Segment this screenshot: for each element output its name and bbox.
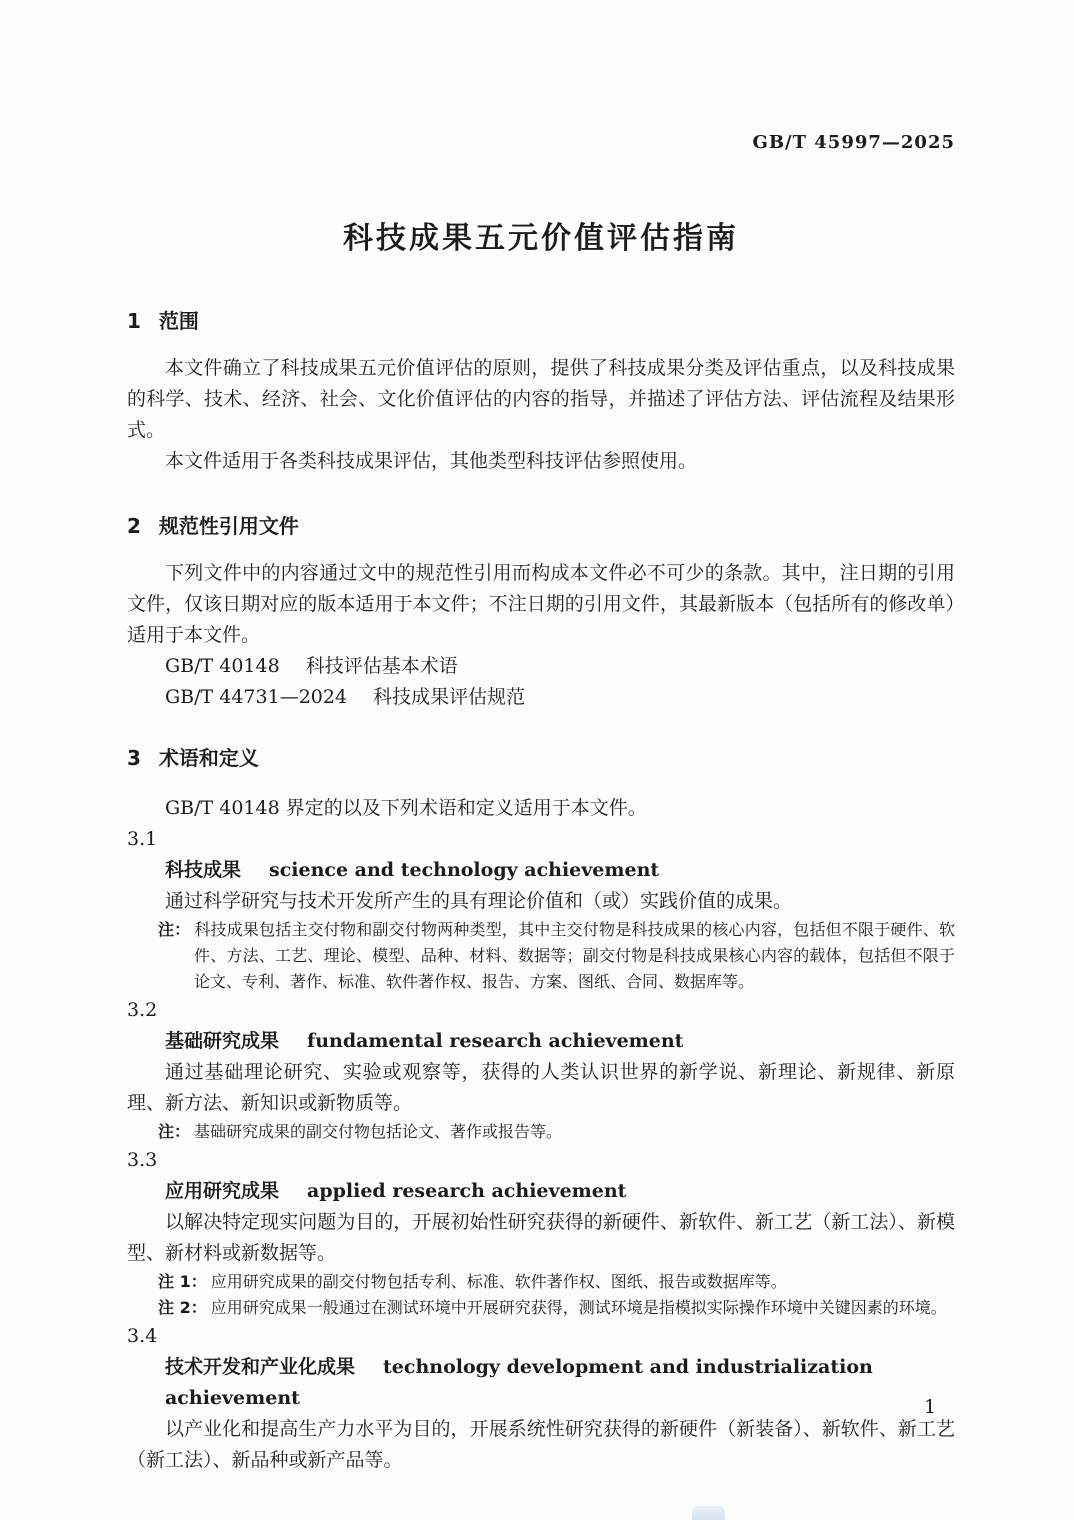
note-text: 科技成果包括主交付物和副交付物两种类型，其中主交付物是科技成果的核心内容，包括但… (194, 920, 955, 991)
term-3-3-name: 应用研究成果applied research achievement (127, 1176, 955, 1207)
term-zh: 基础研究成果 (165, 1030, 279, 1052)
reference-title: 科技评估基本术语 (306, 655, 458, 677)
note-text: 基础研究成果的副交付物包括论文、著作或报告等。 (194, 1122, 562, 1141)
term-zh: 技术开发和产业化成果 (165, 1356, 355, 1378)
term-3-3-note-1: 注 1：应用研究成果的副交付物包括专利、标准、软件著作权、图纸、报告或数据库等。 (127, 1269, 955, 1295)
term-3-1-id: 3.1 (127, 824, 955, 855)
document-title: 科技成果五元价值评估指南 (127, 219, 955, 259)
term-3-1-name: 科技成果science and technology achievement (127, 855, 955, 886)
term-3-2-definition: 通过基础理论研究、实验或观察等，获得的人类认识世界的新学说、新理论、新规律、新原… (127, 1057, 955, 1119)
normative-reference: GB/T 44731—2024科技成果评估规范 (127, 682, 955, 713)
normative-reference: GB/T 40148科技评估基本术语 (127, 651, 955, 682)
reference-title: 科技成果评估规范 (373, 686, 525, 708)
page-number: 1 (924, 1392, 936, 1423)
term-zh: 应用研究成果 (165, 1180, 279, 1202)
term-3-2-id: 3.2 (127, 995, 955, 1026)
clause-2-number: 2 (127, 514, 141, 538)
clause-3-heading: 3术语和定义 (127, 745, 955, 771)
document-page: GB/T 45997—2025 科技成果五元价值评估指南 1范围 本文件确立了科… (0, 0, 1074, 1520)
note-label: 注 1： (158, 1272, 207, 1291)
note-text: 应用研究成果的副交付物包括专利、标准、软件著作权、图纸、报告或数据库等。 (211, 1272, 787, 1291)
note-text: 应用研究成果一般通过在测试环境中开展研究获得，测试环境是指模拟实际操作环境中关键… (211, 1298, 947, 1317)
term-3-3-note-2: 注 2：应用研究成果一般通过在测试环境中开展研究获得，测试环境是指模拟实际操作环… (127, 1295, 955, 1321)
clause-3-intro: GB/T 40148 界定的以及下列术语和定义适用于本文件。 (127, 793, 955, 824)
clause-1-paragraph-1: 本文件确立了科技成果五元价值评估的原则，提供了科技成果分类及评估重点，以及科技成… (127, 353, 955, 446)
standard-number: GB/T 45997—2025 (127, 131, 955, 155)
note-label: 注 2： (158, 1298, 207, 1317)
clause-1-heading: 1范围 (127, 308, 955, 334)
term-en: fundamental research achievement (307, 1030, 683, 1052)
term-3-4-id: 3.4 (127, 1321, 955, 1352)
scan-artifact (692, 1506, 725, 1520)
term-en: applied research achievement (307, 1180, 626, 1202)
term-3-2-note: 注：基础研究成果的副交付物包括论文、著作或报告等。 (127, 1119, 955, 1145)
term-en: science and technology achievement (269, 859, 659, 881)
clause-2-paragraph-1: 下列文件中的内容通过文中的规范性引用而构成本文件必不可少的条款。其中，注日期的引… (127, 558, 955, 651)
note-label: 注： (158, 920, 190, 939)
term-3-1-definition: 通过科学研究与技术开发所产生的具有理论价值和（或）实践价值的成果。 (127, 886, 955, 917)
clause-2-heading: 2规范性引用文件 (127, 513, 955, 539)
term-3-1-note: 注：科技成果包括主交付物和副交付物两种类型，其中主交付物是科技成果的核心内容，包… (127, 917, 955, 995)
term-3-3-definition: 以解决特定现实问题为目的，开展初始性研究获得的新硬件、新软件、新工艺（新工法）、… (127, 1207, 955, 1269)
clause-3-number: 3 (127, 746, 141, 770)
clause-2-title: 规范性引用文件 (159, 514, 299, 538)
term-3-3-id: 3.3 (127, 1145, 955, 1176)
reference-code: GB/T 44731—2024 (165, 686, 347, 708)
term-zh: 科技成果 (165, 859, 241, 881)
term-3-2-name: 基础研究成果fundamental research achievement (127, 1026, 955, 1057)
clause-1-title: 范围 (159, 309, 199, 333)
clause-1-paragraph-2: 本文件适用于各类科技成果评估，其他类型科技评估参照使用。 (127, 446, 955, 477)
clause-3-title: 术语和定义 (159, 746, 259, 770)
reference-code: GB/T 40148 (165, 655, 280, 677)
page-content: GB/T 45997—2025 科技成果五元价值评估指南 1范围 本文件确立了科… (127, 0, 955, 1476)
term-3-4-name: 技术开发和产业化成果technology development and ind… (127, 1352, 955, 1414)
note-label: 注： (158, 1122, 190, 1141)
clause-1-number: 1 (127, 309, 141, 333)
term-3-4-definition: 以产业化和提高生产力水平为目的，开展系统性研究获得的新硬件（新装备）、新软件、新… (127, 1414, 955, 1476)
